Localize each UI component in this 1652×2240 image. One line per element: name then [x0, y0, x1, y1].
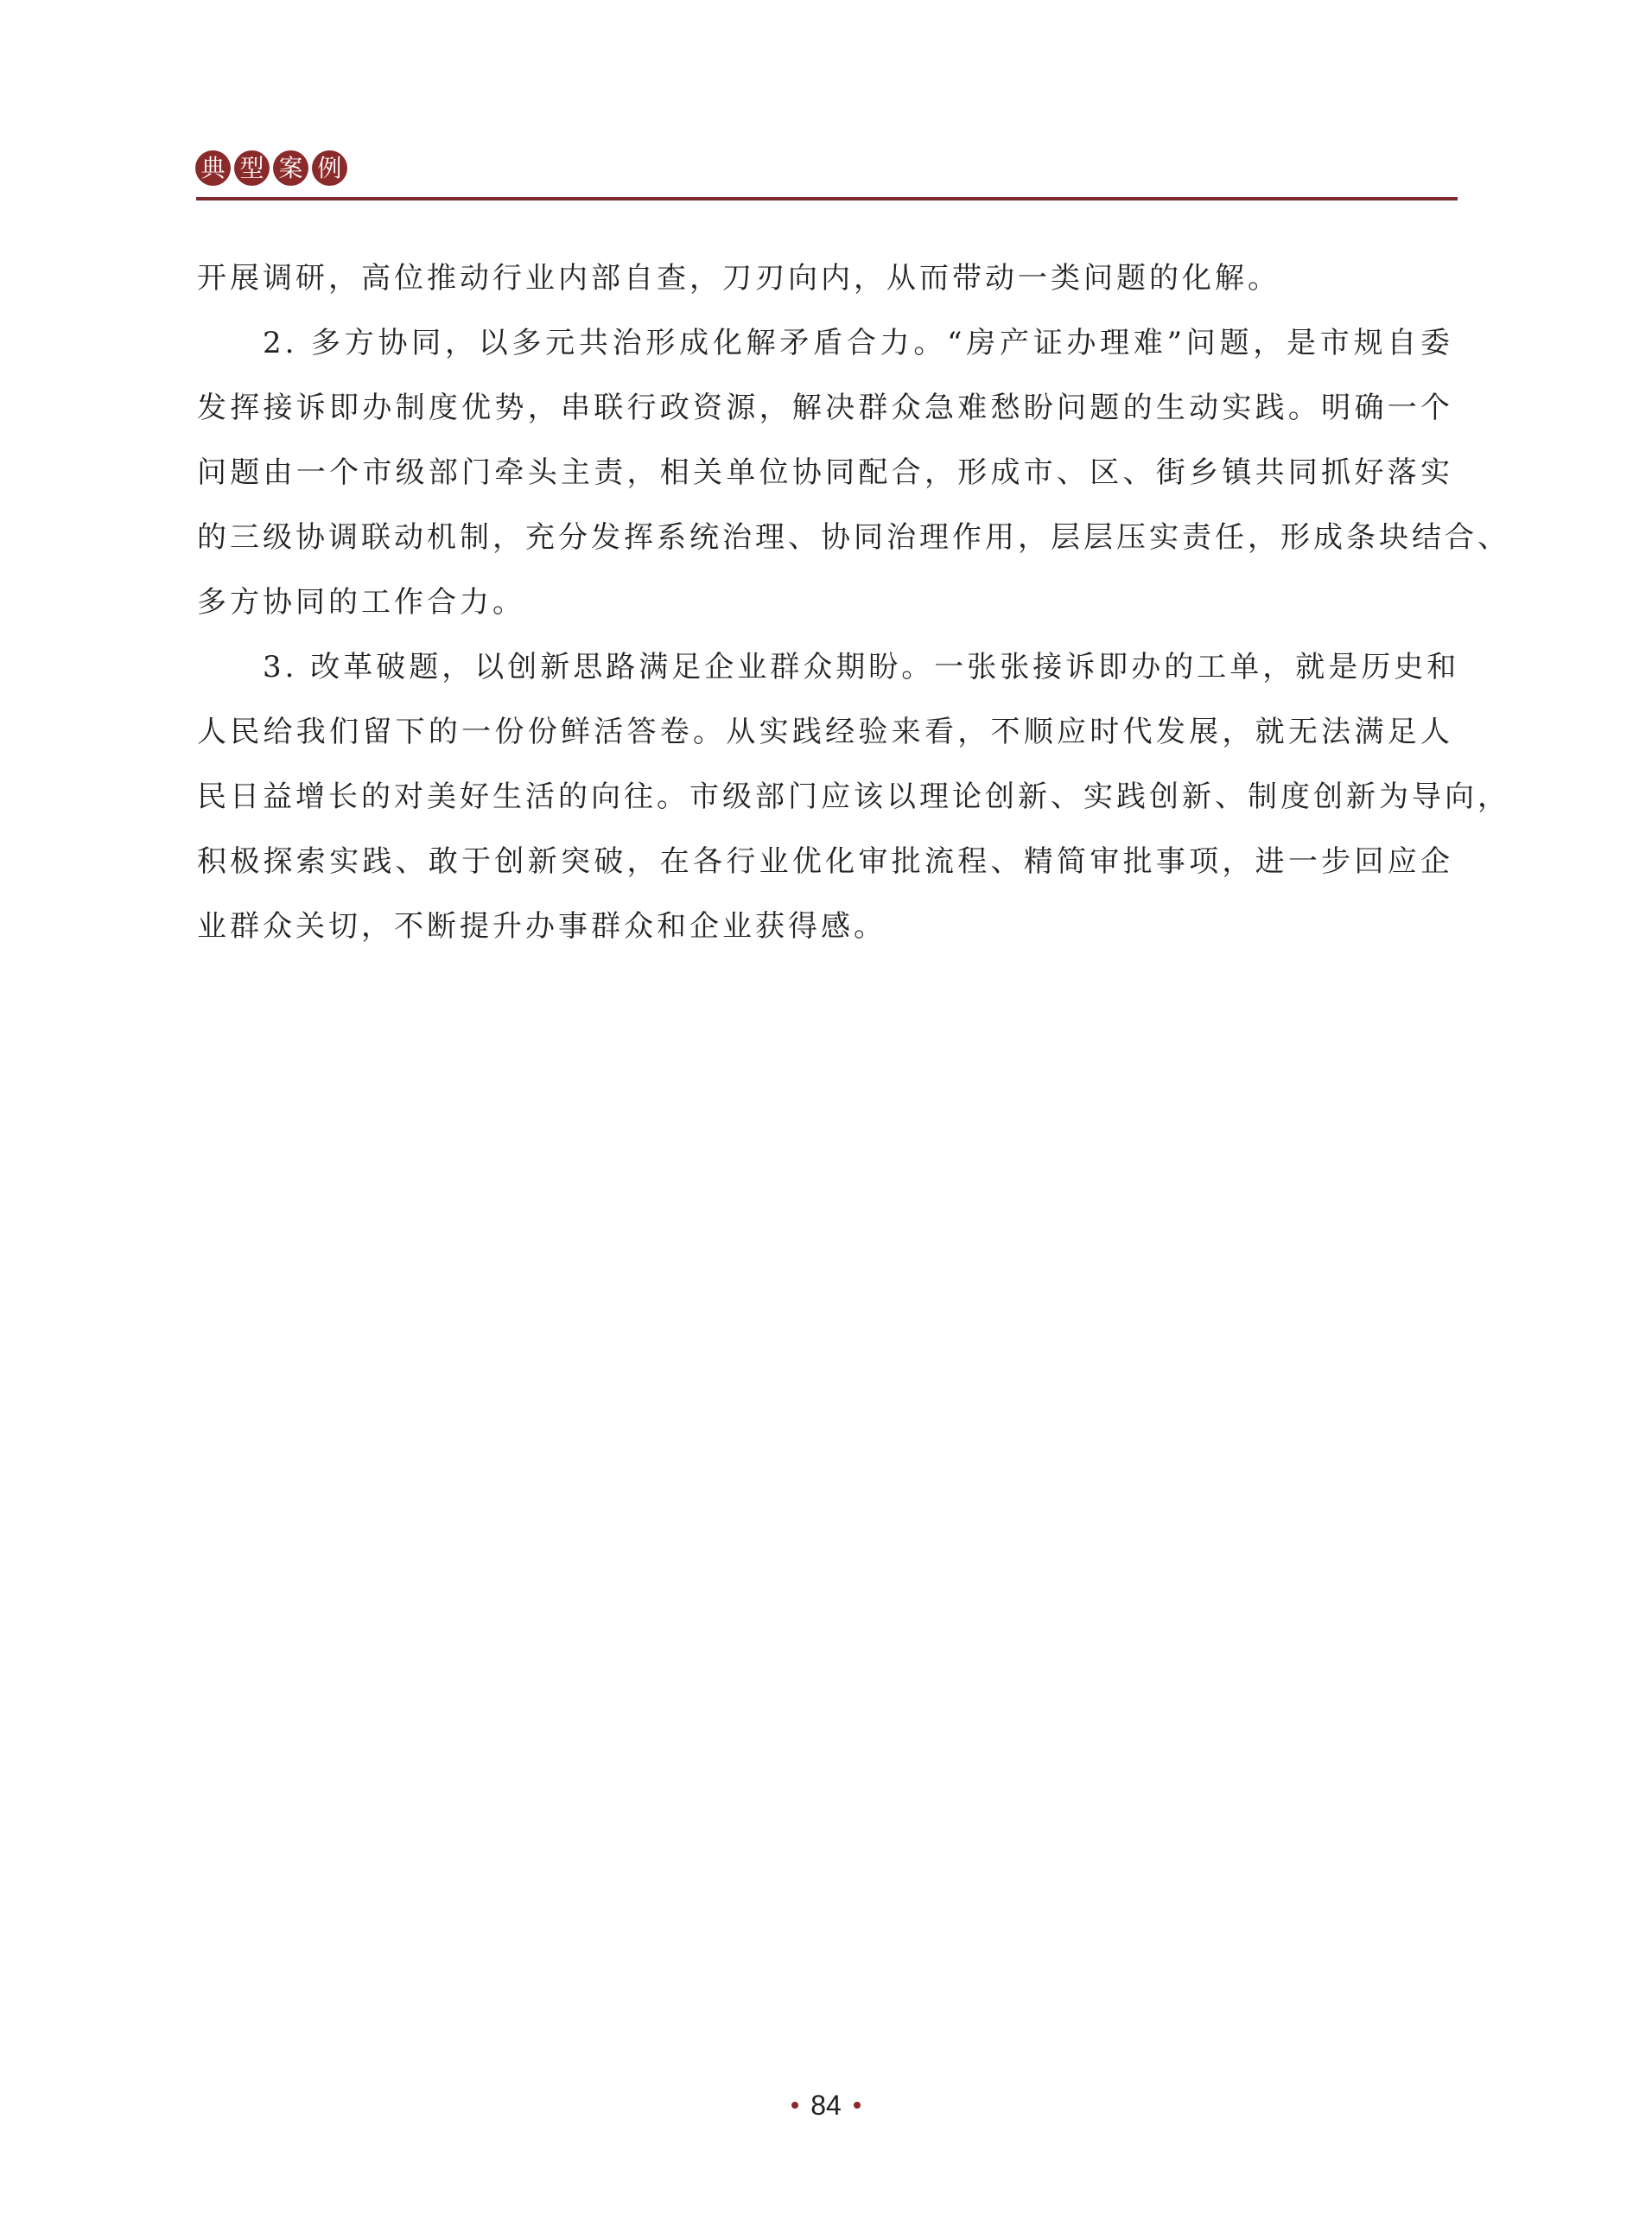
text-line: 多方协同的工作合力。 [197, 570, 1453, 635]
text-line: 的三级协调联动机制，充分发挥系统治理、协同治理作用，层层压实责任，形成条块结合、 [197, 506, 1453, 570]
text-line: 开展调研，高位推动行业内部自查，刀刃向内，从而带动一类问题的化解。 [197, 246, 1453, 311]
text-line: 积极探索实践、敢于创新突破，在各行业优化审批流程、精简审批事项，进一步回应企 [197, 830, 1453, 894]
page-number: 84 [810, 2090, 842, 2121]
section-header: 典 型 案 例 [195, 150, 347, 186]
text-line: 人民给我们留下的一份份鲜活答卷。从实践经验来看，不顺应时代发展，就无法满足人 [197, 700, 1453, 765]
text-line: 问题由一个市级部门牵头主责，相关单位协同配合，形成市、区、街乡镇共同抓好落实 [197, 441, 1453, 506]
bullet-dot-icon [854, 2102, 861, 2109]
header-divider [196, 197, 1458, 200]
section-title-char: 典 [195, 150, 231, 186]
body-text: 开展调研，高位推动行业内部自查，刀刃向内，从而带动一类问题的化解。 2. 多方协… [197, 246, 1453, 959]
bullet-dot-icon [791, 2102, 798, 2109]
section-title-char: 型 [234, 150, 270, 186]
text-line: 业群众关切，不断提升办事群众和企业获得感。 [197, 894, 1453, 959]
section-title-char: 例 [312, 150, 347, 186]
text-line: 2. 多方协同，以多元共治形成化解矛盾合力。“房产证办理难”问题，是市规自委 [197, 311, 1453, 376]
text-line: 发挥接诉即办制度优势，串联行政资源，解决群众急难愁盼问题的生动实践。明确一个 [197, 376, 1453, 441]
text-line: 3. 改革破题，以创新思路满足企业群众期盼。一张张接诉即办的工单，就是历史和 [197, 635, 1453, 700]
text-line: 民日益增长的对美好生活的向往。市级部门应该以理论创新、实践创新、制度创新为导向， [197, 765, 1453, 830]
page-footer: 84 [0, 2090, 1652, 2121]
section-title-char: 案 [273, 150, 308, 186]
